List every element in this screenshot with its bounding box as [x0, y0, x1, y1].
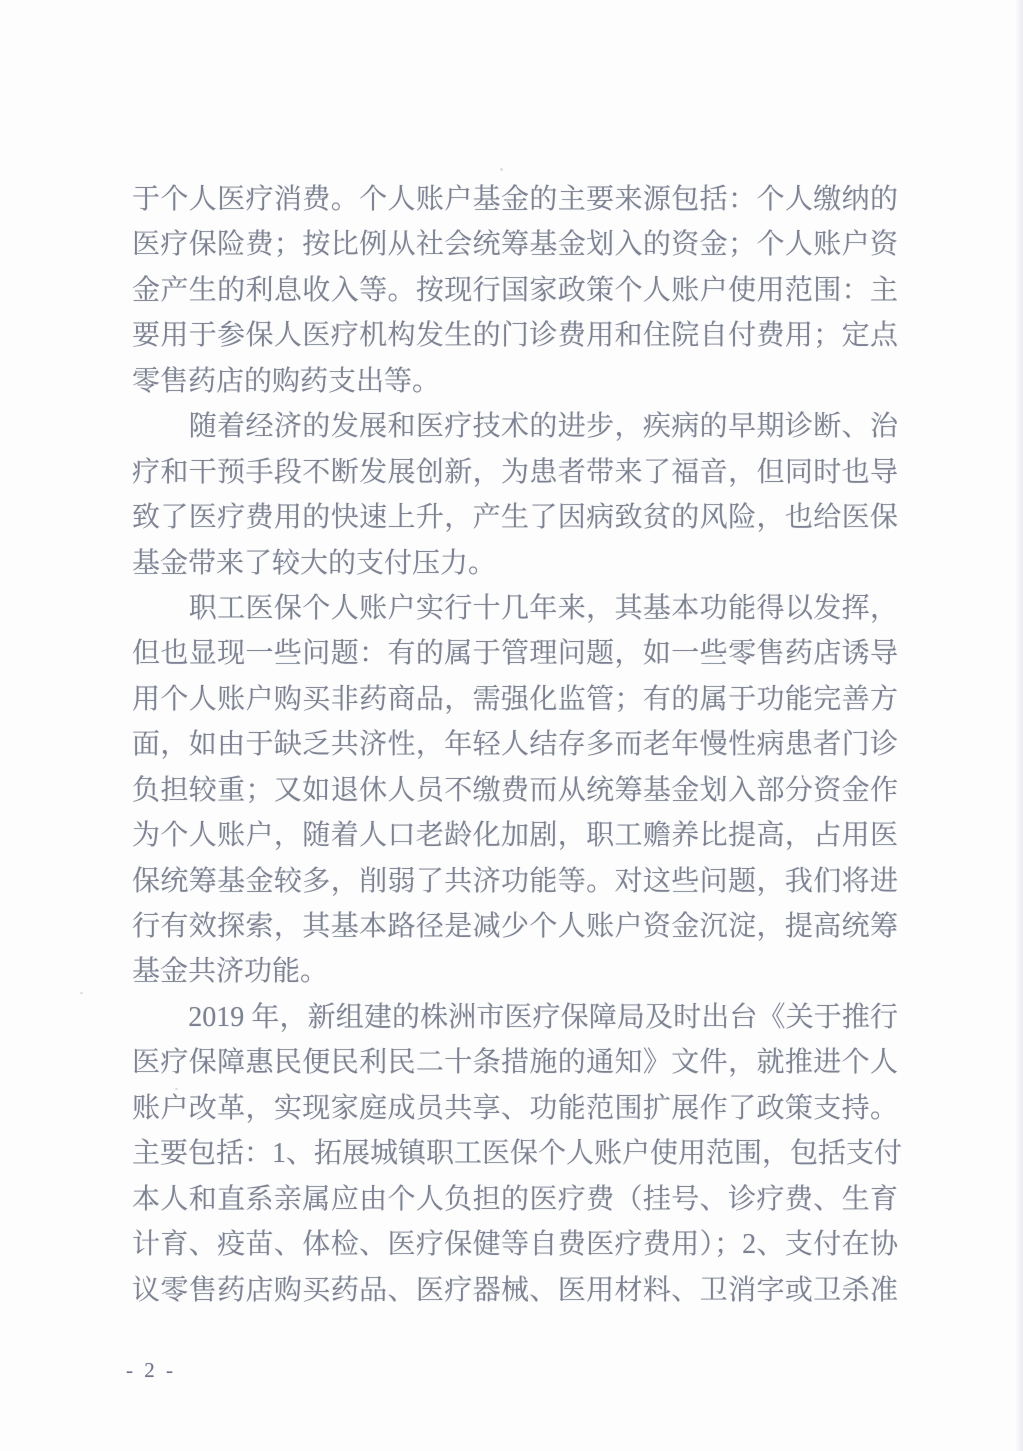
text-line: 保统筹基金较多，削弱了共济功能等。对这些问题，我们将进 — [132, 859, 898, 904]
scanned-document-page: 于个人医疗消费。个人账户基金的主要来源包括：个人缴纳的 医疗保险费；按比例从社会… — [0, 0, 1023, 1451]
scan-speck — [80, 992, 83, 994]
text-line: 基金共济功能。 — [132, 949, 898, 994]
text-line: 要用于参保人医疗机构发生的门诊费用和住院自付费用；定点 — [132, 313, 898, 358]
text-line: 基金带来了较大的支付压力。 — [132, 541, 898, 586]
text-line: 于个人医疗消费。个人账户基金的主要来源包括：个人缴纳的 — [132, 177, 898, 222]
scan-speck — [500, 168, 503, 171]
text-line: 面，如由于缺乏共济性，年轻人结存多而老年慢性病患者门诊 — [132, 722, 898, 767]
text-line: 2019 年，新组建的株洲市医疗保障局及时出台《关于推行 — [132, 995, 898, 1040]
text-line: 计育、疫苗、体检、医疗保健等自费医疗费用）；2、支付在协 — [132, 1222, 898, 1267]
page-number: - 2 - — [126, 1356, 176, 1384]
text-line: 用个人账户购买非药商品，需强化监管；有的属于功能完善方 — [132, 677, 898, 722]
text-line: 本人和直系亲属应由个人负担的医疗费（挂号、诊疗费、生育 — [132, 1177, 898, 1222]
text-line: 行有效探索，其基本路径是减少个人账户资金沉淀，提高统筹 — [132, 904, 898, 949]
scan-edge-shade — [1015, 0, 1023, 1451]
text-line: 账户改革，实现家庭成员共享、功能范围扩展作了政策支持。 — [132, 1086, 898, 1131]
text-line: 医疗保险费；按比例从社会统筹基金划入的资金；个人账户资 — [132, 222, 898, 267]
text-line: 金产生的利息收入等。按现行国家政策个人账户使用范围：主 — [132, 268, 898, 313]
text-line: 职工医保个人账户实行十几年来，其基本功能得以发挥， — [132, 586, 898, 631]
text-line: 医疗保障惠民便民利民二十条措施的通知》文件，就推进个人 — [132, 1040, 898, 1085]
text-line: 零售药店的购药支出等。 — [132, 359, 898, 404]
text-line: 致了医疗费用的快速上升，产生了因病致贫的风险，也给医保 — [132, 495, 898, 540]
body-text: 于个人医疗消费。个人账户基金的主要来源包括：个人缴纳的 医疗保险费；按比例从社会… — [132, 177, 898, 1313]
text-line: 议零售药店购买药品、医疗器械、医用材料、卫消字或卫杀准 — [132, 1268, 898, 1313]
text-line: 主要包括：1、拓展城镇职工医保个人账户使用范围，包括支付 — [132, 1131, 898, 1176]
text-line: 为个人账户，随着人口老龄化加剧，职工赡养比提高，占用医 — [132, 813, 898, 858]
text-line: 疗和干预手段不断发展创新，为患者带来了福音，但同时也导 — [132, 450, 898, 495]
text-line: 随着经济的发展和医疗技术的进步，疾病的早期诊断、治 — [132, 404, 898, 449]
text-line: 但也显现一些问题：有的属于管理问题，如一些零售药店诱导 — [132, 631, 898, 676]
text-line: 负担较重；又如退休人员不缴费而从统筹基金划入部分资金作 — [132, 768, 898, 813]
